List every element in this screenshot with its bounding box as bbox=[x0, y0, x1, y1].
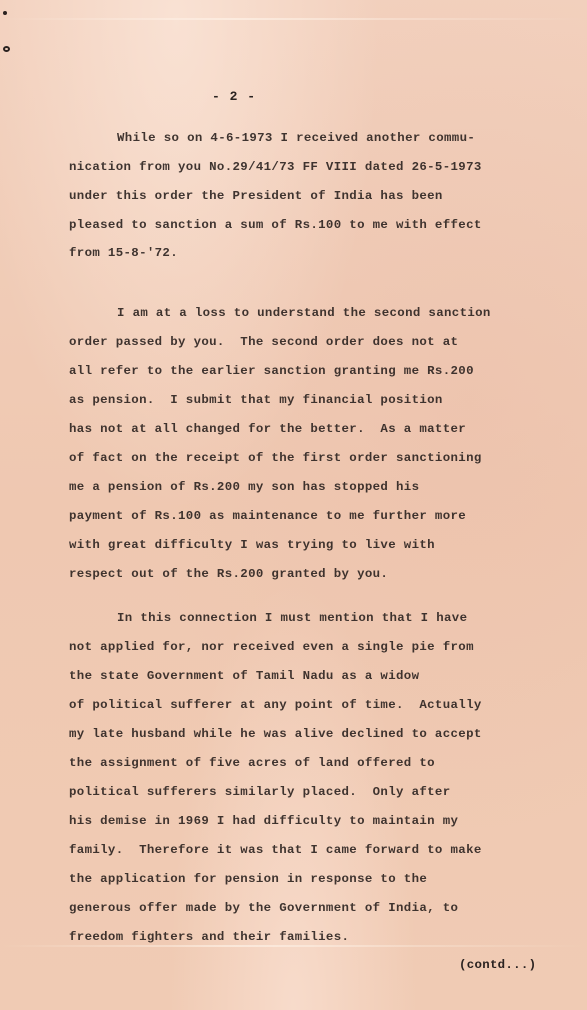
typed-letter-page: - 2 - While so on 4-6-1973 I received an… bbox=[0, 0, 587, 1010]
paper-crease bbox=[0, 18, 587, 20]
paper-crease bbox=[0, 945, 587, 947]
text-line: family. Therefore it was that I came for… bbox=[69, 843, 482, 857]
text-line: the assignment of five acres of land off… bbox=[69, 756, 435, 770]
text-line: payment of Rs.100 as maintenance to me f… bbox=[69, 509, 466, 523]
text-line: me a pension of Rs.200 my son has stoppe… bbox=[69, 480, 419, 494]
text-line: pleased to sanction a sum of Rs.100 to m… bbox=[69, 218, 482, 232]
text-line: has not at all changed for the better. A… bbox=[69, 422, 466, 436]
text-line: the state Government of Tamil Nadu as a … bbox=[69, 669, 419, 683]
text-line: respect out of the Rs.200 granted by you… bbox=[69, 567, 388, 581]
text-line: I am at a loss to understand the second … bbox=[117, 306, 491, 320]
continuation-note: (contd...) bbox=[459, 958, 536, 972]
text-line: from 15-8-'72. bbox=[69, 246, 178, 260]
text-line: freedom fighters and their families. bbox=[69, 930, 349, 944]
text-line: as pension. I submit that my financial p… bbox=[69, 393, 443, 407]
text-line: his demise in 1969 I had difficulty to m… bbox=[69, 814, 458, 828]
punch-hole-mark bbox=[3, 46, 10, 52]
page-number: - 2 - bbox=[212, 89, 256, 104]
text-line: my late husband while he was alive decli… bbox=[69, 727, 482, 741]
text-line: While so on 4-6-1973 I received another … bbox=[117, 131, 475, 145]
text-line: of political sufferer at any point of ti… bbox=[69, 698, 482, 712]
punch-mark bbox=[3, 11, 7, 15]
text-line: of fact on the receipt of the first orde… bbox=[69, 451, 482, 465]
text-line: all refer to the earlier sanction granti… bbox=[69, 364, 474, 378]
text-line: with great difficulty I was trying to li… bbox=[69, 538, 435, 552]
text-line: under this order the President of India … bbox=[69, 189, 443, 203]
text-line: not applied for, nor received even a sin… bbox=[69, 640, 474, 654]
text-line: In this connection I must mention that I… bbox=[117, 611, 467, 625]
text-line: generous offer made by the Government of… bbox=[69, 901, 458, 915]
text-line: the application for pension in response … bbox=[69, 872, 427, 886]
text-line: nication from you No.29/41/73 FF VIII da… bbox=[69, 160, 482, 174]
text-line: political sufferers similarly placed. On… bbox=[69, 785, 451, 799]
text-line: order passed by you. The second order do… bbox=[69, 335, 458, 349]
